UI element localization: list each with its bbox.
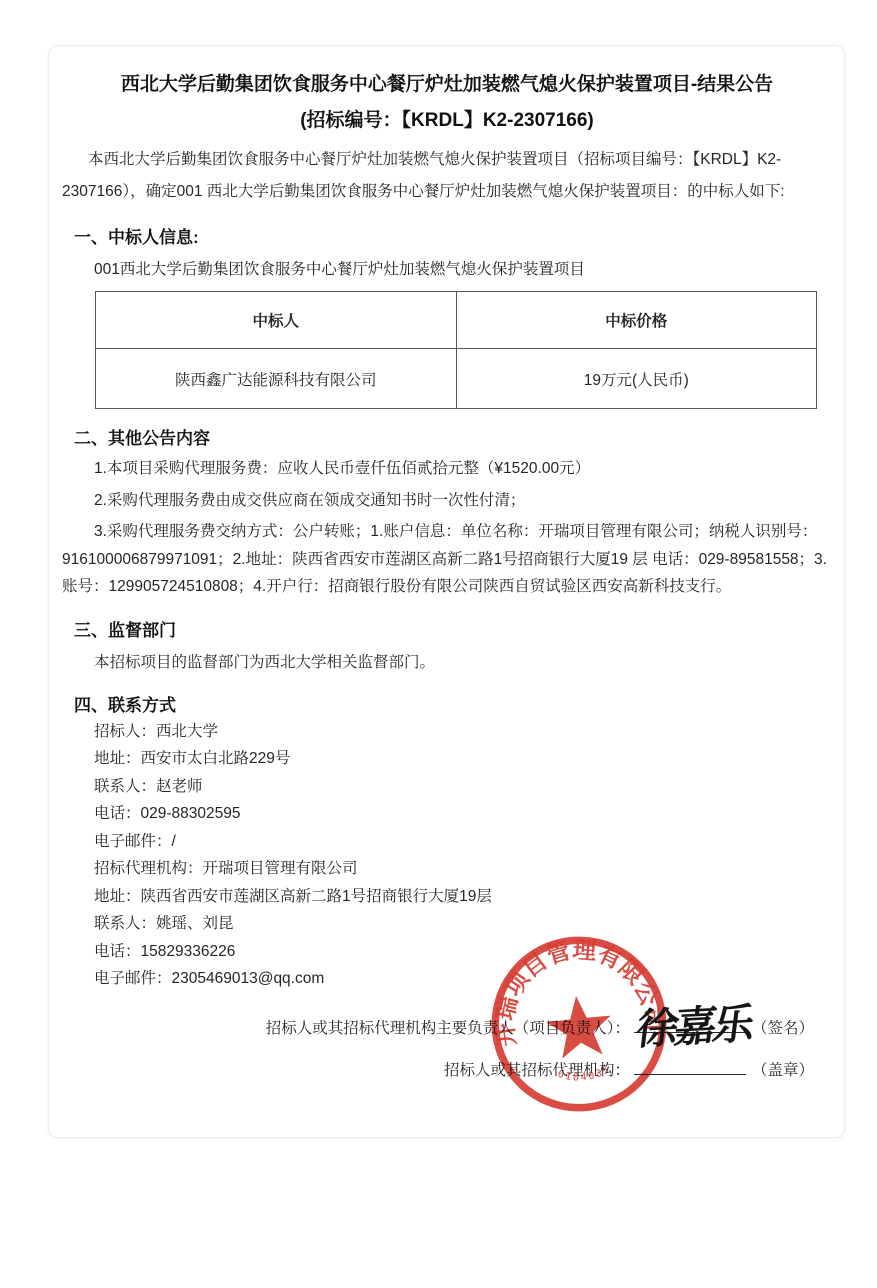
other-item-2: 2.采购代理服务费由成交供应商在领成交通知书时一次性付清； [62,487,832,515]
contact-line-agency: 招标代理机构：开瑞项目管理有限公司 [94,855,832,883]
signature-blank-line [634,1018,746,1033]
table-cell-price: 19万元(人民币) [456,349,817,409]
signature-row: 招标人或其招标代理机构主要负责人（项目负责人）：（签名） [62,1017,814,1041]
contact-line-phone: 电话：029-88302595 [94,800,832,828]
contact-line-agency-address: 地址：陕西省西安市莲湖区高新二路1号招商银行大厦19层 [94,883,832,911]
table-header-price: 中标价格 [456,292,817,349]
winner-table: 中标人 中标价格 陕西鑫广达能源科技有限公司 19万元(人民币) [95,291,817,409]
other-item-1: 1.本项目采购代理服务费：应收人民币壹仟伍佰贰拾元整（¥1520.00元） [62,455,832,483]
announcement-card: 西北大学后勤集团饮食服务中心餐厅炉灶加装燃气熄火保护装置项目-结果公告 (招标编… [48,45,845,1138]
table-cell-bidder: 陕西鑫广达能源科技有限公司 [96,349,457,409]
doc-title-line1: 西北大学后勤集团饮食服务中心餐厅炉灶加装燃气熄火保护装置项目-结果公告 [62,70,832,100]
contact-line-email: 电子邮件：/ [94,828,832,856]
contact-line-person: 联系人：赵老师 [94,773,832,801]
signature-label: 招标人或其招标代理机构主要负责人（项目负责人）： [266,1020,630,1037]
table-header-row: 中标人 中标价格 [96,292,817,349]
seal-label: 招标人或其招标代理机构： [444,1062,630,1079]
section-supervision-heading: 三、监督部门 [74,619,832,643]
seal-blank-line [634,1060,746,1075]
table-row: 陕西鑫广达能源科技有限公司 19万元(人民币) [96,349,817,409]
contact-line-agency-phone: 电话：15829336226 [94,938,832,966]
seal-row: 招标人或其招标代理机构：（盖章） [62,1059,814,1083]
contact-line-agency-email: 电子邮件：2305469013@qq.com [94,965,832,993]
supervision-body: 本招标项目的监督部门为西北大学相关监督部门。 [94,649,832,676]
section-contact-heading: 四、联系方式 [74,694,832,718]
page-background: 西北大学后勤集团饮食服务中心餐厅炉灶加装燃气熄火保护装置项目-结果公告 (招标编… [0,45,877,1288]
winner-subtitle: 001西北大学后勤集团饮食服务中心餐厅炉灶加装燃气熄火保护装置项目 [94,256,832,283]
contact-line-tenderee: 招标人：西北大学 [94,718,832,746]
section-other-heading: 二、其他公告内容 [74,427,832,451]
doc-title-line2: (招标编号：【KRDL】K2-2307166) [62,106,832,136]
other-item-3: 3.采购代理服务费交纳方式：公户转账；1.账户信息：单位名称：开瑞项目管理有限公… [62,518,832,601]
seal-suffix: （盖章） [752,1062,814,1079]
contact-line-address: 地址：西安市太白北路229号 [94,745,832,773]
intro-paragraph: 本西北大学后勤集团饮食服务中心餐厅炉灶加装燃气熄火保护装置项目（招标项目编号：【… [62,144,832,208]
signature-suffix: （签名） [752,1020,814,1037]
contact-line-agency-person: 联系人：姚瑶、刘昆 [94,910,832,938]
table-header-bidder: 中标人 [96,292,457,349]
section-winner-heading: 一、中标人信息: [74,226,832,250]
